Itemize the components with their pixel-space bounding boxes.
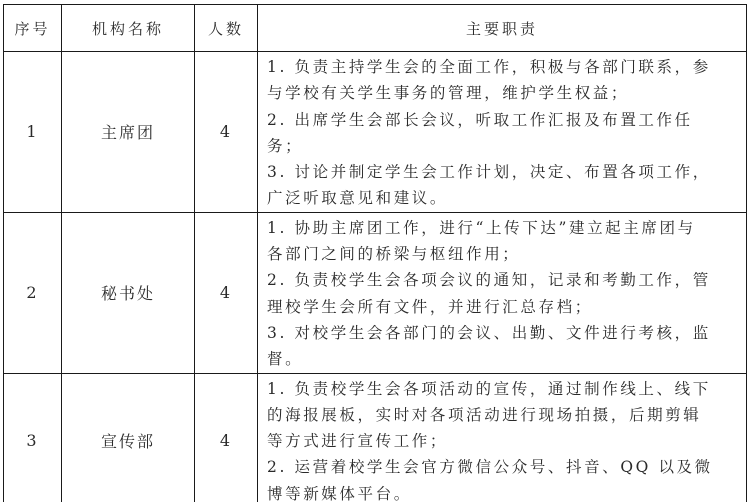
duty-line: 理校学生会所有文件，并进行汇总存档；	[267, 294, 740, 320]
duty-line: 督。	[267, 346, 740, 372]
duty-line: 1. 负责主持学生会的全面工作，积极与各部门联系，参	[267, 54, 740, 80]
row-count: 4	[195, 212, 258, 373]
duty-line: 2. 出席学生会部长会议，听取工作汇报及布置工作任	[267, 107, 740, 133]
row-duties: 1. 协助主席团工作，进行“上传下达”建立起主席团与 各部门之间的桥梁与枢纽作用…	[258, 212, 747, 373]
org-duties-table: 序号 机构名称 人数 主要职责 1 主席团 4 1. 负责主持学生会的全面工作，…	[3, 4, 747, 502]
duty-line: 1. 负责校学生会各项活动的宣传，通过制作线上、线下	[267, 376, 740, 402]
duty-line: 2. 负责校学生会各项会议的通知，记录和考勤工作，管	[267, 267, 740, 293]
header-count: 人数	[195, 5, 258, 52]
table-row: 1 主席团 4 1. 负责主持学生会的全面工作，积极与各部门联系，参 与学校有关…	[4, 52, 747, 213]
row-index: 3	[4, 373, 62, 502]
header-duties: 主要职责	[258, 5, 747, 52]
duty-line: 的海报展板，实时对各项活动进行现场拍摄，后期剪辑	[267, 402, 740, 428]
duty-line: 博等新媒体平台。	[267, 481, 740, 502]
header-index: 序号	[4, 5, 62, 52]
row-index: 2	[4, 212, 62, 373]
row-duties: 1. 负责主持学生会的全面工作，积极与各部门联系，参 与学校有关学生事务的管理，…	[258, 52, 747, 213]
row-index: 1	[4, 52, 62, 213]
row-org-name: 主席团	[62, 52, 195, 213]
table-row: 2 秘书处 4 1. 协助主席团工作，进行“上传下达”建立起主席团与 各部门之间…	[4, 212, 747, 373]
duty-line: 3. 讨论并制定学生会工作计划，决定、布置各项工作，	[267, 159, 740, 185]
duty-line: 务；	[267, 133, 740, 159]
row-org-name: 宣传部	[62, 373, 195, 502]
duty-line: 各部门之间的桥梁与枢纽作用；	[267, 241, 740, 267]
duty-line: 3. 对校学生会各部门的会议、出勤、文件进行考核，监	[267, 320, 740, 346]
row-org-name: 秘书处	[62, 212, 195, 373]
duty-line: 等方式进行宣传工作；	[267, 428, 740, 454]
header-row: 序号 机构名称 人数 主要职责	[4, 5, 747, 52]
duty-line: 与学校有关学生事务的管理，维护学生权益；	[267, 80, 740, 106]
row-count: 4	[195, 52, 258, 213]
row-count: 4	[195, 373, 258, 502]
duty-line: 1. 协助主席团工作，进行“上传下达”建立起主席团与	[267, 215, 740, 241]
table-row: 3 宣传部 4 1. 负责校学生会各项活动的宣传，通过制作线上、线下 的海报展板…	[4, 373, 747, 502]
duty-line: 2. 运营着校学生会官方微信公众号、抖音、QQ 以及微	[267, 454, 740, 480]
header-org-name: 机构名称	[62, 5, 195, 52]
row-duties: 1. 负责校学生会各项活动的宣传，通过制作线上、线下 的海报展板，实时对各项活动…	[258, 373, 747, 502]
duty-line: 广泛听取意见和建议。	[267, 185, 740, 211]
